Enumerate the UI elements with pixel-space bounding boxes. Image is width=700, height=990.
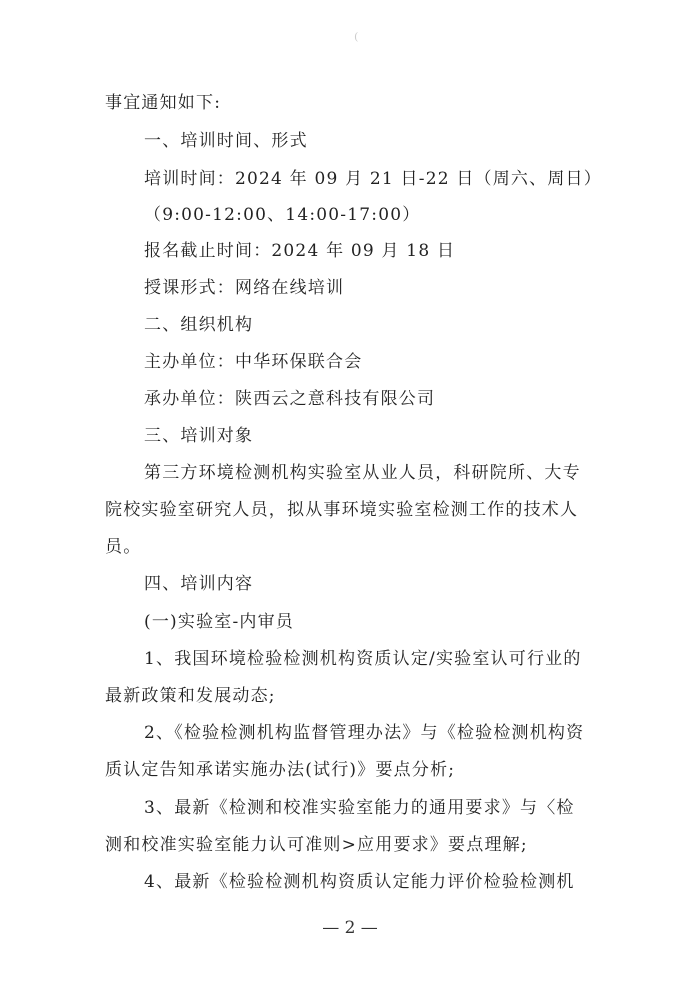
text-line: 4、最新《检验检测机构资质认定能力评价检验检测机 (144, 871, 575, 893)
text-line: 测和校准实验室能力认可准则>应用要求》要点理解; (105, 834, 528, 856)
text-line: 承办单位：陕西云之意科技有限公司 (144, 388, 435, 410)
page-number: — 2 — (0, 918, 700, 938)
text-line: 1、我国环境检验检测机构资质认定/实验室认可行业的 (144, 648, 582, 670)
text-line: 授课形式：网络在线培训 (144, 277, 344, 299)
text-line: 院校实验室研究人员，拟从事环境实验室检测工作的技术人 (105, 499, 578, 521)
document-page: ⁽ 事宜通知如下:一、培训时间、形式培训时间：2024 年 09 月 21 日-… (0, 0, 700, 990)
text-line: 二、组织机构 (144, 314, 253, 336)
text-line: 事宜通知如下: (105, 92, 221, 114)
text-line: 第三方环境检测机构实验室从业人员，科研院所、大专 (144, 462, 581, 484)
text-line: 质认定告知承诺实施办法(试行)》要点分析; (105, 759, 455, 781)
text-line: (一)实验室-内审员 (144, 611, 294, 633)
text-line: 最新政策和发展动态; (105, 685, 276, 707)
text-line: （9:00-12:00、14:00-17:00） (144, 204, 420, 226)
text-line: 主办单位：中华环保联合会 (144, 351, 362, 373)
scan-mark: ⁽ (354, 30, 360, 56)
text-line: 3、最新《检测和校准实验室能力的通用要求》与〈检 (144, 797, 575, 819)
text-line: 一、培训时间、形式 (144, 130, 308, 152)
text-line: 报名截止时间：2024 年 09 月 18 日 (144, 240, 455, 262)
text-line: 2、《检验检测机构监督管理办法》与《检验检测机构资 (144, 722, 584, 744)
text-line: 员。 (105, 536, 141, 558)
text-line: 三、培训对象 (144, 425, 253, 447)
text-line: 四、培训内容 (144, 573, 253, 595)
text-line: 培训时间：2024 年 09 月 21 日-22 日（周六、周日） (144, 168, 602, 190)
